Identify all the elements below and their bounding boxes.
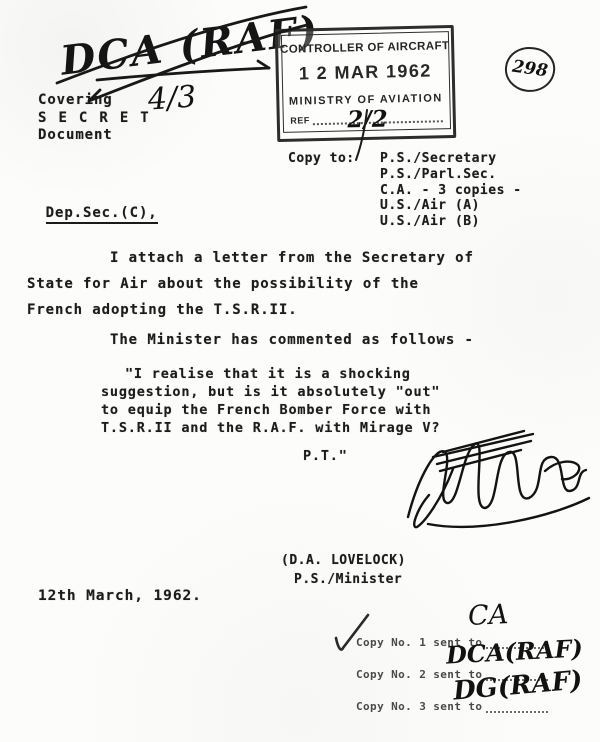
signature-scrawl [408, 431, 589, 527]
quote-line: suggestion, but is it absolutely "out" [101, 384, 440, 400]
handwritten-copy2-recipient: DCA(RAF) [445, 636, 583, 667]
classification-block: Covering S E C R E T Document [38, 92, 151, 145]
copy-to-recipient: U.S./Air (B) [380, 214, 522, 230]
circled-page-number: 298 [502, 44, 558, 96]
copy-to-recipient: U.S./Air (A) [380, 198, 522, 214]
distribution-row: Copy No. 3 sent to [356, 700, 548, 713]
handwritten-ref-number: 2/2 [347, 107, 388, 131]
copy-to-recipient: C.A. - 3 copies - [380, 183, 522, 199]
stamp-date: 1 2 MAR 1962 [299, 60, 432, 84]
quote-line: T.S.R.II and the R.A.F. with Mirage V? [101, 420, 440, 436]
handwritten-copy1-recipient: CA [467, 601, 509, 630]
scanned-memo-page: { "annotations": { "top_scrawl": "DCA (R… [0, 0, 600, 742]
quote-attribution: P.T." [303, 448, 348, 464]
body-line: The Minister has commented as follows - [110, 332, 474, 348]
receipt-stamp: CONTROLLER OF AIRCRAFT 1 2 MAR 1962 MINI… [275, 25, 457, 142]
stamp-ref-label: REF [290, 116, 310, 126]
page-number-value: 298 [511, 59, 549, 81]
stamp-inner-border: CONTROLLER OF AIRCRAFT 1 2 MAR 1962 MINI… [280, 31, 450, 134]
body-line: French adopting the T.S.R.II. [27, 302, 298, 318]
copy-to-recipient: P.S./Parl.Sec. [380, 167, 522, 183]
copy-to-recipient: P.S./Secretary [380, 151, 522, 167]
classification-line2: S E C R E T [38, 110, 151, 128]
classification-line3: Document [38, 127, 151, 145]
quote-line: to equip the French Bomber Force with [101, 402, 431, 418]
copy-to-list: P.S./Secretary P.S./Parl.Sec. C.A. - 3 c… [380, 151, 522, 230]
classification-line1: Covering [38, 92, 151, 110]
copy-to-label: Copy to: [288, 151, 355, 166]
handwritten-folio-mark: 4/3 [147, 82, 197, 115]
stamp-organisation: CONTROLLER OF AIRCRAFT [280, 40, 450, 56]
salutation-text: Dep.Sec.(C), [46, 205, 158, 224]
quote-line: "I realise that it is a shocking [125, 366, 411, 382]
body-line: State for Air about the possibility of t… [27, 276, 419, 292]
signatory-name: (D.A. LOVELOCK) [281, 553, 406, 568]
stamp-ministry: MINISTRY OF AVIATION [289, 92, 443, 107]
signatory-title: P.S./Minister [294, 572, 402, 587]
body-line: I attach a letter from the Secretary of [110, 250, 474, 266]
dotted-line [486, 702, 548, 713]
date-line: 12th March, 1962. [38, 588, 202, 604]
salutation: Dep.Sec.(C), [27, 189, 158, 221]
